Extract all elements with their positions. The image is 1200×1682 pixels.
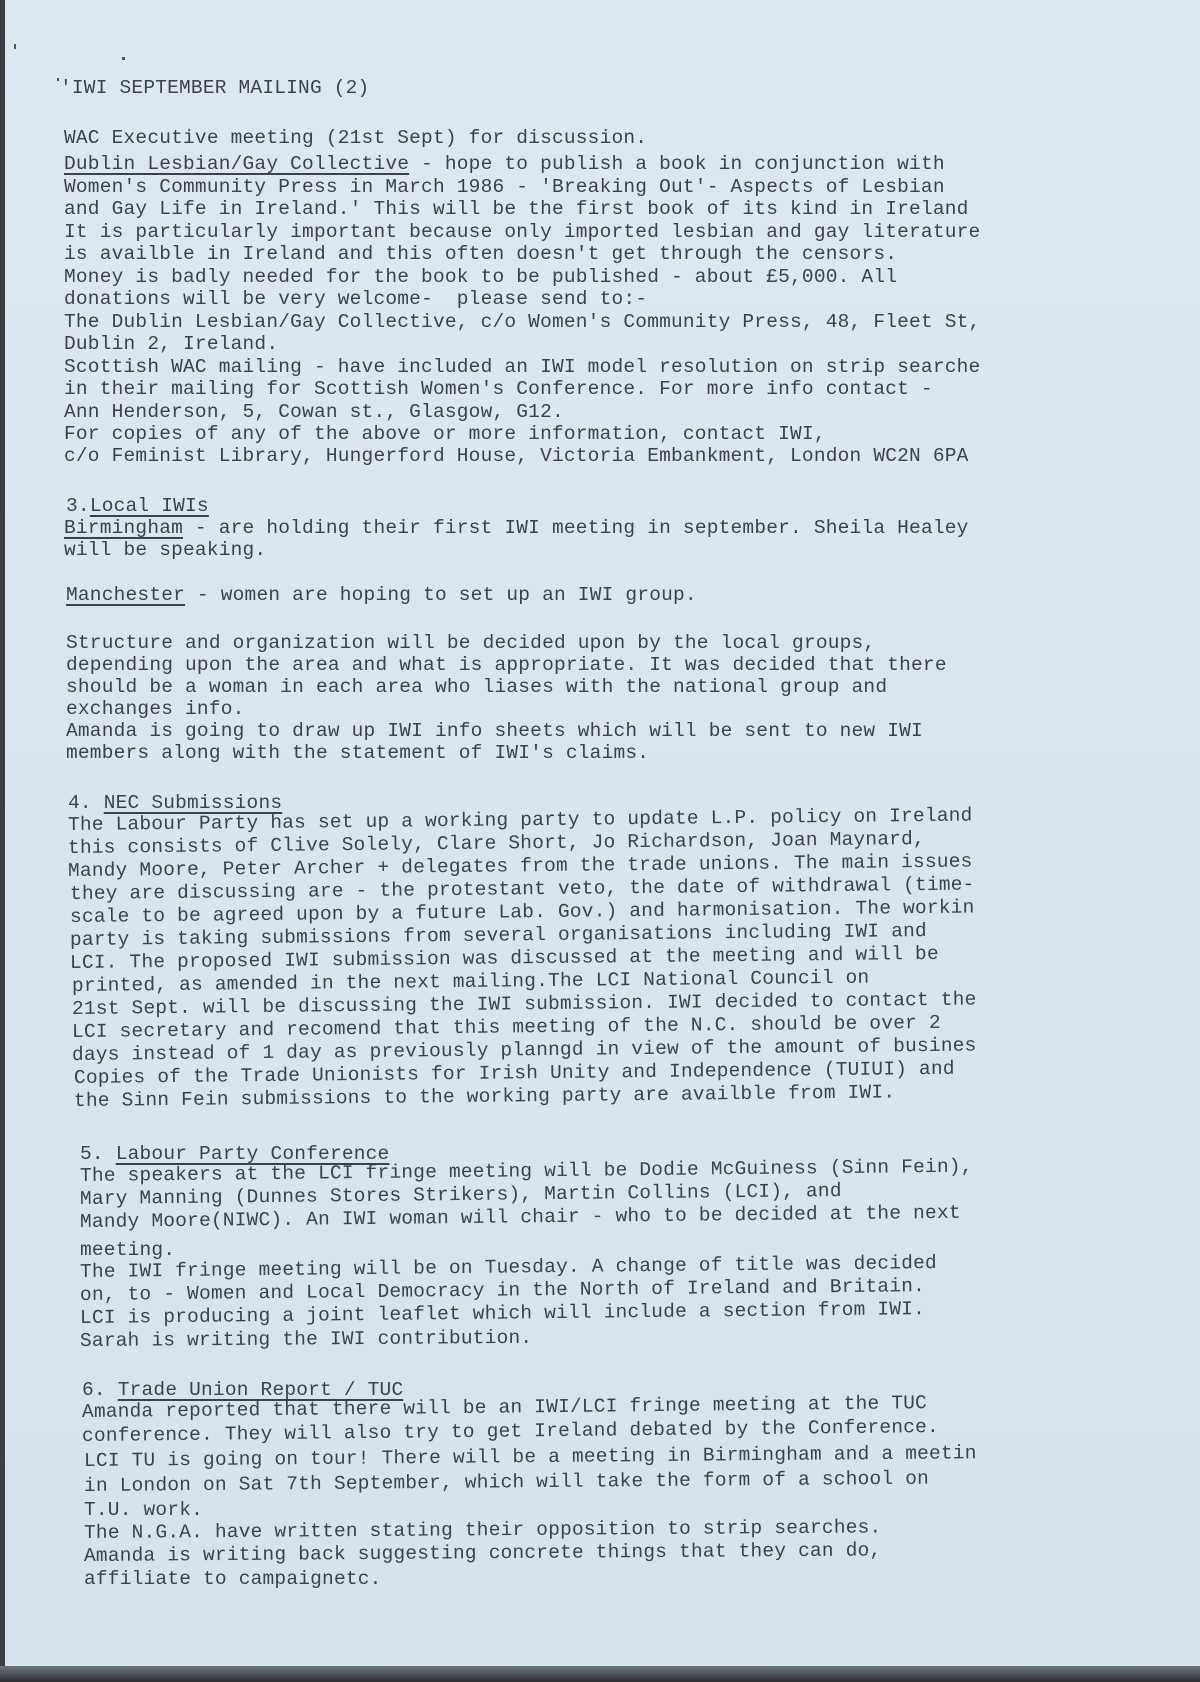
section-heading: 5. Labour Party Conference (80, 1144, 389, 1164)
text-line: Sarah is writing the IWI contribution. (80, 1328, 532, 1351)
text-span: - hope to publish a book in conjunction … (409, 153, 945, 175)
section-title: NEC Submissions (104, 792, 283, 814)
text-line: Structure and organization will be decid… (66, 633, 875, 653)
text-line: Amanda is writing back suggesting concre… (84, 1540, 882, 1566)
text-line: in their mailing for Scottish Women's Co… (64, 379, 933, 399)
section-heading: 6. Trade Union Report / TUC (82, 1380, 403, 1400)
dublin-collective-label: Dublin Lesbian/Gay Collective (64, 153, 409, 175)
text-line: Dublin 2, Ireland. (64, 334, 278, 354)
text-span: - women are hoping to set up an IWI grou… (185, 584, 697, 606)
text-span: - are holding their first IWI meeting in… (183, 517, 969, 539)
text-line: will be speaking. (64, 540, 266, 560)
text-line: meeting. (80, 1240, 175, 1260)
text-line: The N.G.A. have written stating their op… (84, 1517, 882, 1543)
document-title: 'IWI SEPTEMBER MAILING (2) (60, 78, 369, 98)
section-heading: 3.Local IWIs (66, 496, 209, 516)
manchester-label: Manchester (66, 584, 185, 606)
text-line: For copies of any of the above or more i… (64, 424, 826, 444)
section-heading: 4. NEC Submissions (68, 793, 282, 813)
section-title: Local IWIs (90, 495, 209, 517)
birmingham-label: Birmingham (64, 517, 183, 539)
text-line: Dublin Lesbian/Gay Collective - hope to … (64, 154, 945, 174)
text-line: affiliate to campaignetc. (84, 1569, 382, 1589)
text-line: depending upon the area and what is appr… (66, 655, 947, 675)
text-line: T.U. work. (84, 1500, 203, 1520)
section-number: 6. (82, 1379, 106, 1401)
scanned-page: 'IWI SEPTEMBER MAILING (2) WAC Executive… (0, 0, 1200, 1682)
text-line: donations will be very welcome- please s… (64, 289, 647, 309)
text-line: should be a woman in each area who liase… (66, 677, 887, 697)
text-line: WAC Executive meeting (21st Sept) for di… (64, 128, 647, 148)
section-number: 3. (66, 495, 90, 517)
scan-left-edge (0, 0, 5, 1682)
text-line: LCI TU is going on tour! There will be a… (84, 1443, 977, 1471)
text-line: and Gay Life in Ireland.' This will be t… (64, 199, 969, 219)
text-line: Scottish WAC mailing - have included an … (64, 357, 980, 377)
text-line: Amanda is going to draw up IWI info shee… (66, 721, 923, 741)
text-line: The Dublin Lesbian/Gay Collective, c/o W… (64, 312, 980, 332)
scan-speck (14, 44, 16, 49)
text-line: exchanges info. (66, 699, 245, 719)
section-number: 5. (80, 1143, 104, 1165)
text-line: c/o Feminist Library, Hungerford House, … (64, 446, 969, 466)
text-line: It is particularly important because onl… (64, 222, 980, 242)
scan-speck (57, 78, 59, 81)
text-line: Birmingham - are holding their first IWI… (64, 518, 969, 538)
text-line: in London on Sat 7th September, which wi… (84, 1469, 929, 1496)
text-line: Money is badly needed for the book to be… (64, 267, 897, 287)
text-line: members along with the statement of IWI'… (66, 743, 649, 763)
scan-speck (122, 57, 125, 60)
text-line: Women's Community Press in March 1986 - … (64, 177, 945, 197)
text-line: Manchester - women are hoping to set up … (66, 585, 697, 605)
text-line: Ann Henderson, 5, Cowan st., Glasgow, G1… (64, 402, 564, 422)
text-line: is availble in Ireland and this often do… (64, 244, 897, 264)
scan-bottom-edge (0, 1666, 1200, 1682)
section-number: 4. (68, 792, 92, 814)
